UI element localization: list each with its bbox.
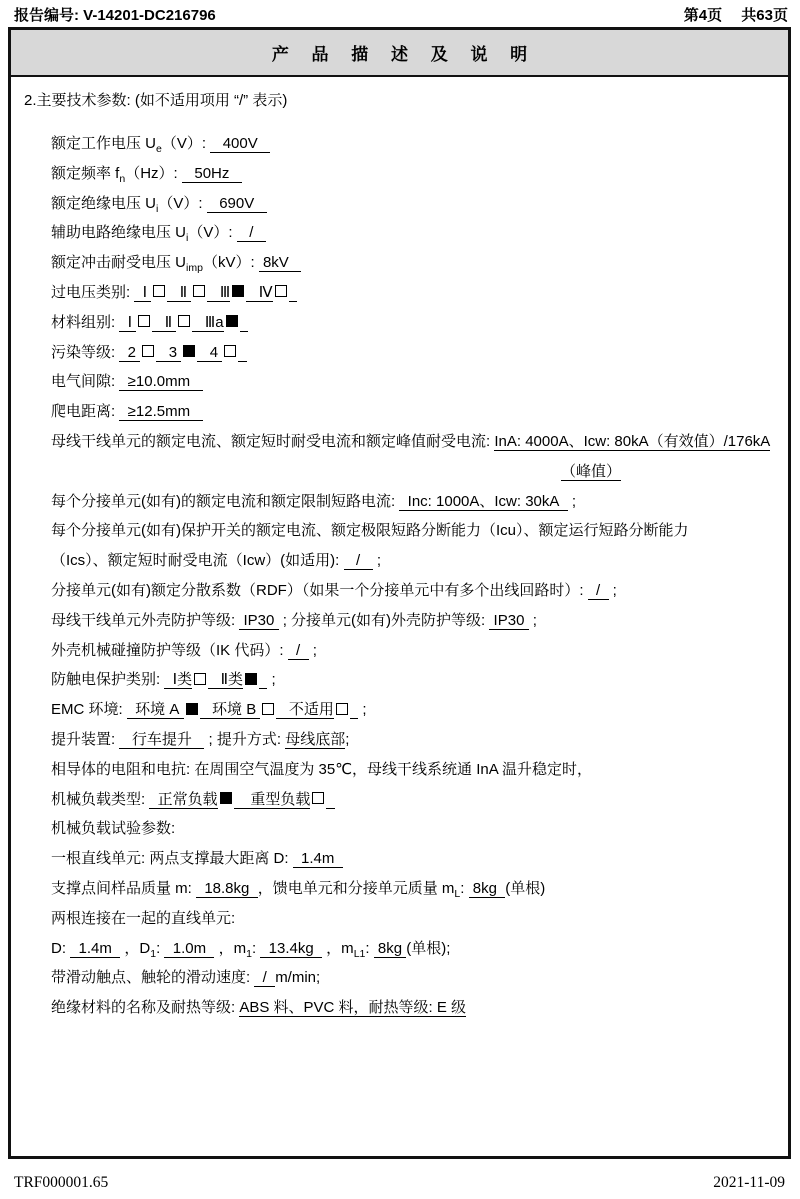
field-value: [350, 701, 358, 719]
field-value: Ⅰ: [134, 284, 151, 302]
field-value: 2: [119, 344, 140, 362]
field-value: [289, 284, 297, 302]
field-value: 1.4m: [70, 940, 120, 958]
field-label: ，馈电单元和分接单元质量 m: [258, 880, 455, 897]
field-value: [238, 344, 246, 362]
ik-code: 外壳机械碰撞防护等级（IK 代码）: / ;: [11, 636, 788, 666]
material-group: 材料组别: Ⅰ Ⅱ Ⅲa: [11, 308, 788, 338]
field-label: (单根): [505, 880, 545, 897]
checkbox-unchecked-icon: [194, 673, 206, 685]
field-label: ，D: [120, 940, 150, 957]
field-value: ≥12.5mm: [119, 403, 202, 421]
support-span-sample-mass: 支撑点间样品质量 m: 18.8kg ，馈电单元和分接单元质量 mL: 8kg …: [11, 874, 788, 904]
title-bar: 产 品 描 述 及 说 明: [11, 30, 788, 77]
auxiliary-circuit-insulation-voltage: 辅助电路绝缘电压 Ui（V）: /: [11, 218, 788, 248]
enclosure-ip-rating: 母线干线单元外壳防护等级: IP30 ; 分接单元(如有)外壳防护等级: IP3…: [11, 606, 788, 636]
checkbox-checked-icon: [183, 345, 195, 357]
field-label: （V）:: [162, 135, 210, 152]
field-label: ;: [609, 582, 617, 599]
field-value: IP30: [239, 612, 278, 630]
field-label: 额定频率 f: [51, 165, 119, 182]
checkbox-checked-icon: [245, 673, 257, 685]
field-label: 支撑点间样品质量 m:: [51, 880, 196, 897]
report-number: 报告编号: V-14201-DC216796: [14, 4, 216, 25]
checkbox-unchecked-icon: [275, 285, 287, 297]
field-value: （峰值）: [561, 463, 621, 481]
field-label: 材料组别:: [51, 314, 119, 331]
field-value: 1.0m: [164, 940, 214, 958]
document-title: 产 品 描 述 及 说 明: [272, 40, 536, 65]
field-label: ; 提升方式:: [204, 731, 285, 748]
checkbox-checked-icon: [226, 315, 238, 327]
field-value: 8kV: [259, 254, 302, 272]
clearance: 电气间隙: ≥10.0mm: [11, 367, 788, 397]
mechanical-load-type: 机械负载类型: 正常负载 重型负载: [11, 785, 788, 815]
field-label: 母线干线单元外壳防护等级:: [51, 612, 239, 629]
checkbox-unchecked-icon: [262, 703, 274, 715]
field-value: Inc: 1000A、Icw: 30kA: [399, 493, 567, 511]
field-value: 行车提升: [119, 731, 204, 749]
field-value: InA: 4000A、Icw: 80kA（有效值）/176kA: [494, 433, 770, 451]
insulation-materials: 绝缘材料的名称及耐热等级: ABS 料、PVC 料，耐热等级: E 级: [11, 993, 788, 1023]
field-value: 1.4m: [293, 850, 343, 868]
checkbox-unchecked-icon: [142, 345, 154, 357]
field-value: /: [237, 224, 266, 242]
rated-operational-voltage: 额定工作电压 Ue（V）: 400V: [11, 129, 788, 159]
field-label: :: [365, 940, 373, 957]
rated-frequency: 额定频率 fn（Hz）: 50Hz: [11, 159, 788, 189]
field-label: ，m: [214, 940, 246, 957]
field-value: 重型负载: [234, 791, 311, 809]
field-label: ; 分接单元(如有)外壳防护等级:: [279, 612, 490, 629]
page-indicator: 第4页 共63页: [684, 4, 788, 25]
field-label: ;: [345, 731, 349, 748]
field-value: /: [588, 582, 609, 600]
checkbox-unchecked-icon: [336, 703, 348, 715]
rated-insulation-voltage: 额定绝缘电压 Ui（V）: 690V: [11, 189, 788, 219]
field-value: /: [344, 552, 373, 570]
field-value: Ⅱ类: [208, 671, 243, 689]
field-label: 额定绝缘电压 U: [51, 195, 156, 212]
field-label: D:: [51, 940, 70, 957]
field-value: ≥10.0mm: [119, 373, 202, 391]
field-value: Ⅲa: [192, 314, 223, 332]
field-label: (单根);: [406, 940, 450, 957]
checkbox-unchecked-icon: [153, 285, 165, 297]
field-label: ;: [529, 612, 537, 629]
field-label: （Ics）、额定短时耐受电流（Icw）(如适用):: [51, 552, 344, 569]
field-value: Ⅲ: [207, 284, 230, 302]
field-label: 一根直线单元: 两点支撑最大距离 D:: [51, 850, 293, 867]
footer-date: 2021-11-09: [713, 1174, 785, 1192]
field-value: 环境 A: [127, 701, 184, 719]
peak-value-note: （峰值）: [11, 457, 788, 487]
mechanical-load-test-params: 机械负载试验参数:: [11, 814, 788, 844]
field-value: 50Hz: [182, 165, 242, 183]
rated-diversity-factor: 分接单元(如有)额定分散系数（RDF）（如果一个分接单元中有多个出线回路时）: …: [11, 576, 788, 606]
field-value: 8kg: [374, 940, 407, 958]
field-value: Ⅰ: [119, 314, 136, 332]
two-connected-units-values: D: 1.4m ，D1: 1.0m ，m1: 13.4kg ，mL1: 8kg …: [11, 934, 788, 964]
field-label: （Hz）:: [125, 165, 182, 182]
field-value: 400V: [210, 135, 270, 153]
field-value: /: [288, 642, 309, 660]
tap-off-protective-switch-line1: 每个分接单元(如有)保护开关的额定电流、额定极限短路分断能力（Icu）、额定运行…: [11, 516, 788, 546]
field-label: 污染等级:: [51, 344, 119, 361]
field-label: 提升装置:: [51, 731, 119, 748]
checkbox-checked-icon: [186, 703, 198, 715]
field-label: ;: [267, 671, 275, 688]
field-label: EMC 环境:: [51, 701, 127, 718]
subscript-label: imp: [186, 262, 203, 274]
field-label: 绝缘材料的名称及耐热等级:: [51, 999, 239, 1016]
busbar-trunk-rated-currents: 母线干线单元的额定电流、额定短时耐受电流和额定峰值耐受电流: InA: 4000…: [11, 427, 788, 457]
field-value: ABS 料、PVC 料，耐热等级: E 级: [239, 999, 466, 1017]
field-value: Ⅳ: [246, 284, 272, 302]
lifting-device: 提升装置: 行车提升 ; 提升方式: 母线底部;: [11, 725, 788, 755]
field-value: 母线底部: [285, 731, 345, 749]
field-label: （V）:: [188, 224, 236, 241]
checkbox-checked-icon: [232, 285, 244, 297]
field-label: 辅助电路绝缘电压 U: [51, 224, 186, 241]
rated-impulse-withstand-voltage: 额定冲击耐受电压 Uimp（kV）: 8kV: [11, 248, 788, 278]
field-label: 相导体的电阻和电抗: 在周围空气温度为 35℃，母线干线系统通 InA 温升稳定…: [51, 761, 592, 778]
field-value: [240, 314, 248, 332]
overvoltage-category: 过电压类别: Ⅰ Ⅱ Ⅲ Ⅳ: [11, 278, 788, 308]
page-footer: TRF000001.65 2021-11-09: [14, 1174, 785, 1192]
field-value: 不适用: [276, 701, 334, 719]
field-value: Ⅰ类: [164, 671, 192, 689]
electric-shock-protection-class: 防触电保护类别: Ⅰ类 Ⅱ类 ;: [11, 665, 788, 695]
field-label: 机械负载类型:: [51, 791, 149, 808]
content-frame: 产 品 描 述 及 说 明 2.主要技术参数: (如不适用项用 “/” 表示) …: [8, 27, 791, 1159]
creepage-distance: 爬电距离: ≥12.5mm: [11, 397, 788, 427]
field-value: IP30: [489, 612, 528, 630]
field-label: :: [460, 880, 468, 897]
checkbox-checked-icon: [220, 792, 232, 804]
field-value: 8kg: [469, 880, 506, 898]
parameter-lines: 额定工作电压 Ue（V）: 400V 额定频率 fn（Hz）: 50Hz 额定绝…: [11, 129, 788, 1023]
field-value: 4: [197, 344, 222, 362]
field-label: ;: [309, 642, 317, 659]
field-label: 外壳机械碰撞防护等级（IK 代码）:: [51, 642, 288, 659]
field-value: Ⅱ: [152, 314, 176, 332]
page-header: 报告编号: V-14201-DC216796 第4页 共63页: [14, 4, 788, 25]
field-label: （kV）:: [203, 254, 259, 271]
field-label: 爬电距离:: [51, 403, 119, 420]
field-label: 额定冲击耐受电压 U: [51, 254, 186, 271]
field-value: Ⅱ: [167, 284, 191, 302]
field-value: [326, 791, 334, 809]
field-label: 带滑动触点、触轮的滑动速度:: [51, 969, 254, 986]
field-label: ;: [373, 552, 381, 569]
field-label: 额定工作电压 U: [51, 135, 156, 152]
checkbox-unchecked-icon: [224, 345, 236, 357]
field-label: 每个分接单元(如有)保护开关的额定电流、额定极限短路分断能力（Icu）、额定运行…: [51, 522, 689, 539]
field-label: m/min;: [275, 969, 320, 986]
field-value: 3: [156, 344, 181, 362]
subscript-label: L1: [354, 948, 366, 960]
field-label: 分接单元(如有)额定分散系数（RDF）（如果一个分接单元中有多个出线回路时）:: [51, 582, 588, 599]
pollution-degree: 污染等级: 2 3 4: [11, 338, 788, 368]
footer-trf-number: TRF000001.65: [14, 1174, 108, 1192]
field-value: 13.4kg: [260, 940, 322, 958]
single-straight-unit: 一根直线单元: 两点支撑最大距离 D: 1.4m: [11, 844, 788, 874]
checkbox-unchecked-icon: [312, 792, 324, 804]
checkbox-unchecked-icon: [138, 315, 150, 327]
tap-off-unit-rated-current: 每个分接单元(如有)的额定电流和额定限制短路电流: Inc: 1000A、Icw…: [11, 487, 788, 517]
field-value: 正常负载: [149, 791, 217, 809]
field-label: 每个分接单元(如有)的额定电流和额定限制短路电流:: [51, 493, 399, 510]
field-label: 过电压类别:: [51, 284, 134, 301]
conductor-resistance-reactance: 相导体的电阻和电抗: 在周围空气温度为 35℃，母线干线系统通 InA 温升稳定…: [11, 755, 788, 785]
field-label: （V）:: [158, 195, 206, 212]
tap-off-protective-switch-line2: （Ics）、额定短时耐受电流（Icw）(如适用): / ;: [11, 546, 788, 576]
field-value: 18.8kg: [196, 880, 258, 898]
field-label: ，m: [322, 940, 354, 957]
checkbox-unchecked-icon: [193, 285, 205, 297]
field-value: /: [254, 969, 275, 987]
field-label: 两根连接在一起的直线单元:: [51, 910, 235, 927]
section-heading: 2.主要技术参数: (如不适用项用 “/” 表示): [11, 86, 788, 116]
field-label: ;: [568, 493, 576, 510]
field-label: 电气间隙:: [51, 373, 119, 390]
two-connected-units-heading: 两根连接在一起的直线单元:: [11, 904, 788, 934]
field-label: ;: [358, 701, 366, 718]
sliding-speed: 带滑动触点、触轮的滑动速度: / m/min;: [11, 963, 788, 993]
field-label: 母线干线单元的额定电流、额定短时耐受电流和额定峰值耐受电流:: [51, 433, 494, 450]
field-value: 690V: [207, 195, 267, 213]
checkbox-unchecked-icon: [178, 315, 190, 327]
field-label: 防触电保护类别:: [51, 671, 164, 688]
content-area: 2.主要技术参数: (如不适用项用 “/” 表示) 额定工作电压 Ue（V）: …: [11, 77, 788, 1023]
field-label: 机械负载试验参数:: [51, 820, 175, 837]
field-value: 环境 B: [200, 701, 261, 719]
emc-environment: EMC 环境: 环境 A 环境 B 不适用 ;: [11, 695, 788, 725]
